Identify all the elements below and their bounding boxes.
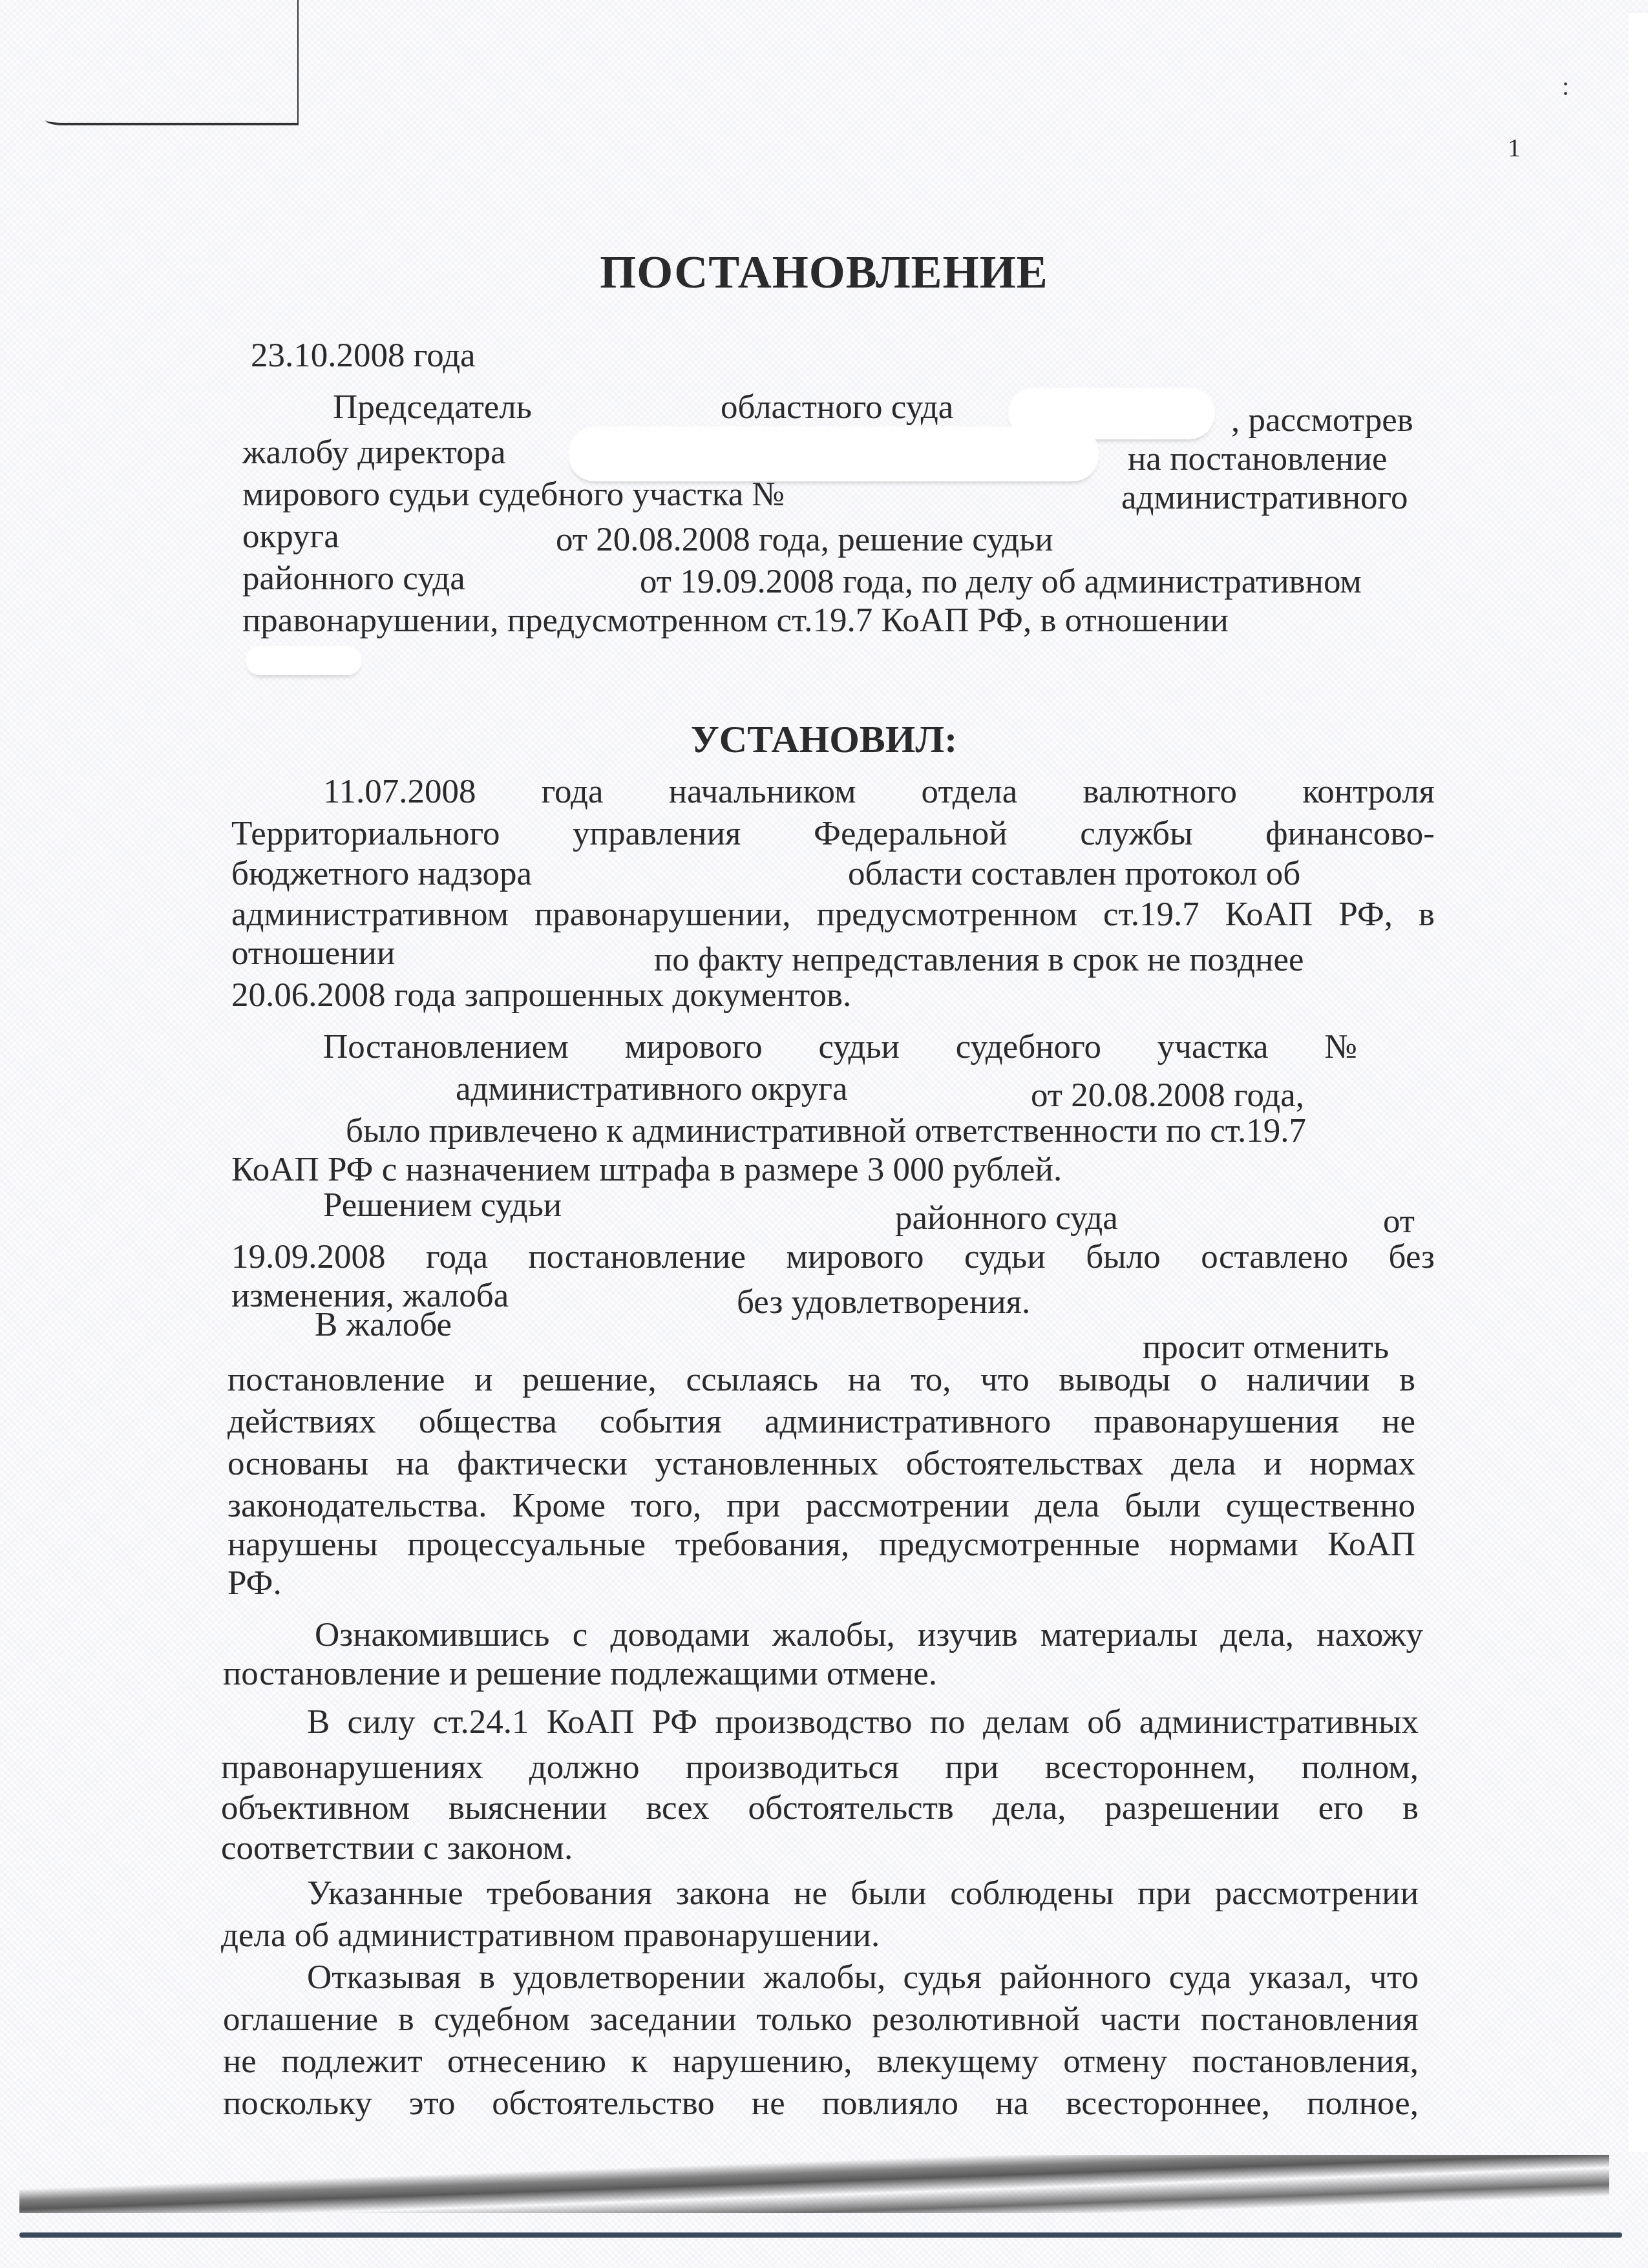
scan-shadow	[19, 2155, 1609, 2213]
body-line: основаны на фактически установленных обс…	[227, 1444, 1415, 1483]
body-line: административном правонарушении, предусм…	[231, 895, 1435, 934]
body-line: Постановлением мирового судьи судебного …	[323, 1027, 1357, 1066]
body-line: не подлежит отнесению к нарушению, влеку…	[223, 2042, 1419, 2081]
body-line: Отказывая в удовлетворении жалобы, судья…	[307, 1958, 1419, 1997]
body-line: без удовлетворения.	[737, 1283, 1030, 1321]
intro-line-6: правонарушении, предусмотренном ст.19.7 …	[242, 601, 1229, 640]
intro-line-4a: округа	[242, 517, 339, 556]
intro-line-1a: Председатель	[333, 388, 532, 426]
section-heading: УСТАНОВИЛ:	[0, 717, 1648, 762]
document-title: ПОСТАНОВЛЕНИЕ	[0, 246, 1648, 299]
body-line: от	[1383, 1202, 1415, 1241]
body-line: Решением судьи	[323, 1186, 562, 1224]
body-line: дела об административном правонарушении.	[221, 1916, 880, 1955]
body-line: соответствии с законом.	[221, 1829, 573, 1867]
body-line: было привлечено к административной ответ…	[346, 1111, 1306, 1150]
intro-line-1b: областного суда	[721, 388, 953, 426]
page-bottom-edge	[19, 2232, 1622, 2238]
body-line: правонарушениях должно производиться при…	[221, 1748, 1419, 1787]
body-line: КоАП РФ с назначением штрафа в размере 3…	[231, 1150, 1062, 1189]
body-line: поскольку это обстоятельство не повлияло…	[223, 2084, 1419, 2123]
intro-line-4b: от 20.08.2008 года, решение судьи	[556, 520, 1053, 559]
page-edge	[1629, 13, 1648, 2152]
body-line: административного округа	[456, 1069, 848, 1108]
stapled-corner-mark	[45, 0, 299, 125]
body-line: от 20.08.2008 года,	[1031, 1076, 1304, 1115]
intro-line-2b: на постановление	[1128, 439, 1388, 478]
body-line: по факту непредставления в срок не поздн…	[654, 940, 1304, 979]
intro-line-3a: мирового судьи судебного участка №	[242, 475, 785, 514]
corner-mark: :	[1562, 71, 1569, 101]
body-line: Ознакомившись с доводами жалобы, изучив …	[315, 1615, 1423, 1654]
body-line: нарушены процессуальные требования, пред…	[227, 1525, 1415, 1564]
body-line: бюджетного надзора	[231, 854, 532, 893]
body-line: объективном выяснении всех обстоятельств…	[221, 1789, 1419, 1827]
redaction	[246, 646, 362, 675]
body-line: постановление и решение, ссылаясь на то,…	[227, 1360, 1415, 1399]
body-line: РФ.	[227, 1564, 282, 1602]
intro-line-1c: , рассмотрев	[1231, 401, 1413, 439]
body-line: В жалобе	[315, 1305, 452, 1344]
body-line: районного суда	[895, 1199, 1118, 1237]
body-line: 11.07.2008 года начальником отдела валют…	[323, 772, 1435, 811]
body-line: действиях общества события административ…	[227, 1402, 1415, 1441]
body-line: В силу ст.24.1 КоАП РФ производство по д…	[307, 1703, 1419, 1741]
intro-line-2a: жалобу директора	[242, 433, 506, 472]
body-line: 19.09.2008 года постановление мирового с…	[231, 1237, 1435, 1276]
intro-line-5b: от 19.09.2008 года, по делу об администр…	[640, 562, 1362, 601]
body-line: постановление и решение подлежащими отме…	[223, 1654, 937, 1693]
body-line: оглашение в судебном заседании только ре…	[223, 2000, 1419, 2039]
body-line: отношении	[231, 934, 395, 972]
redaction	[569, 426, 1099, 481]
body-line: 20.06.2008 года запрошенных документов.	[231, 976, 851, 1014]
body-line: Территориального управления Федеральной …	[231, 814, 1435, 853]
body-line: Указанные требования закона не были собл…	[307, 1874, 1419, 1913]
intro-line-5a: районного суда	[242, 559, 465, 598]
page-number: 1	[1508, 132, 1521, 163]
body-line: области составлен протокол об	[848, 854, 1300, 893]
document-date: 23.10.2008 года	[251, 336, 476, 375]
intro-line-3b: административного	[1121, 478, 1408, 517]
body-line: законодательства. Кроме того, при рассмо…	[227, 1486, 1415, 1525]
